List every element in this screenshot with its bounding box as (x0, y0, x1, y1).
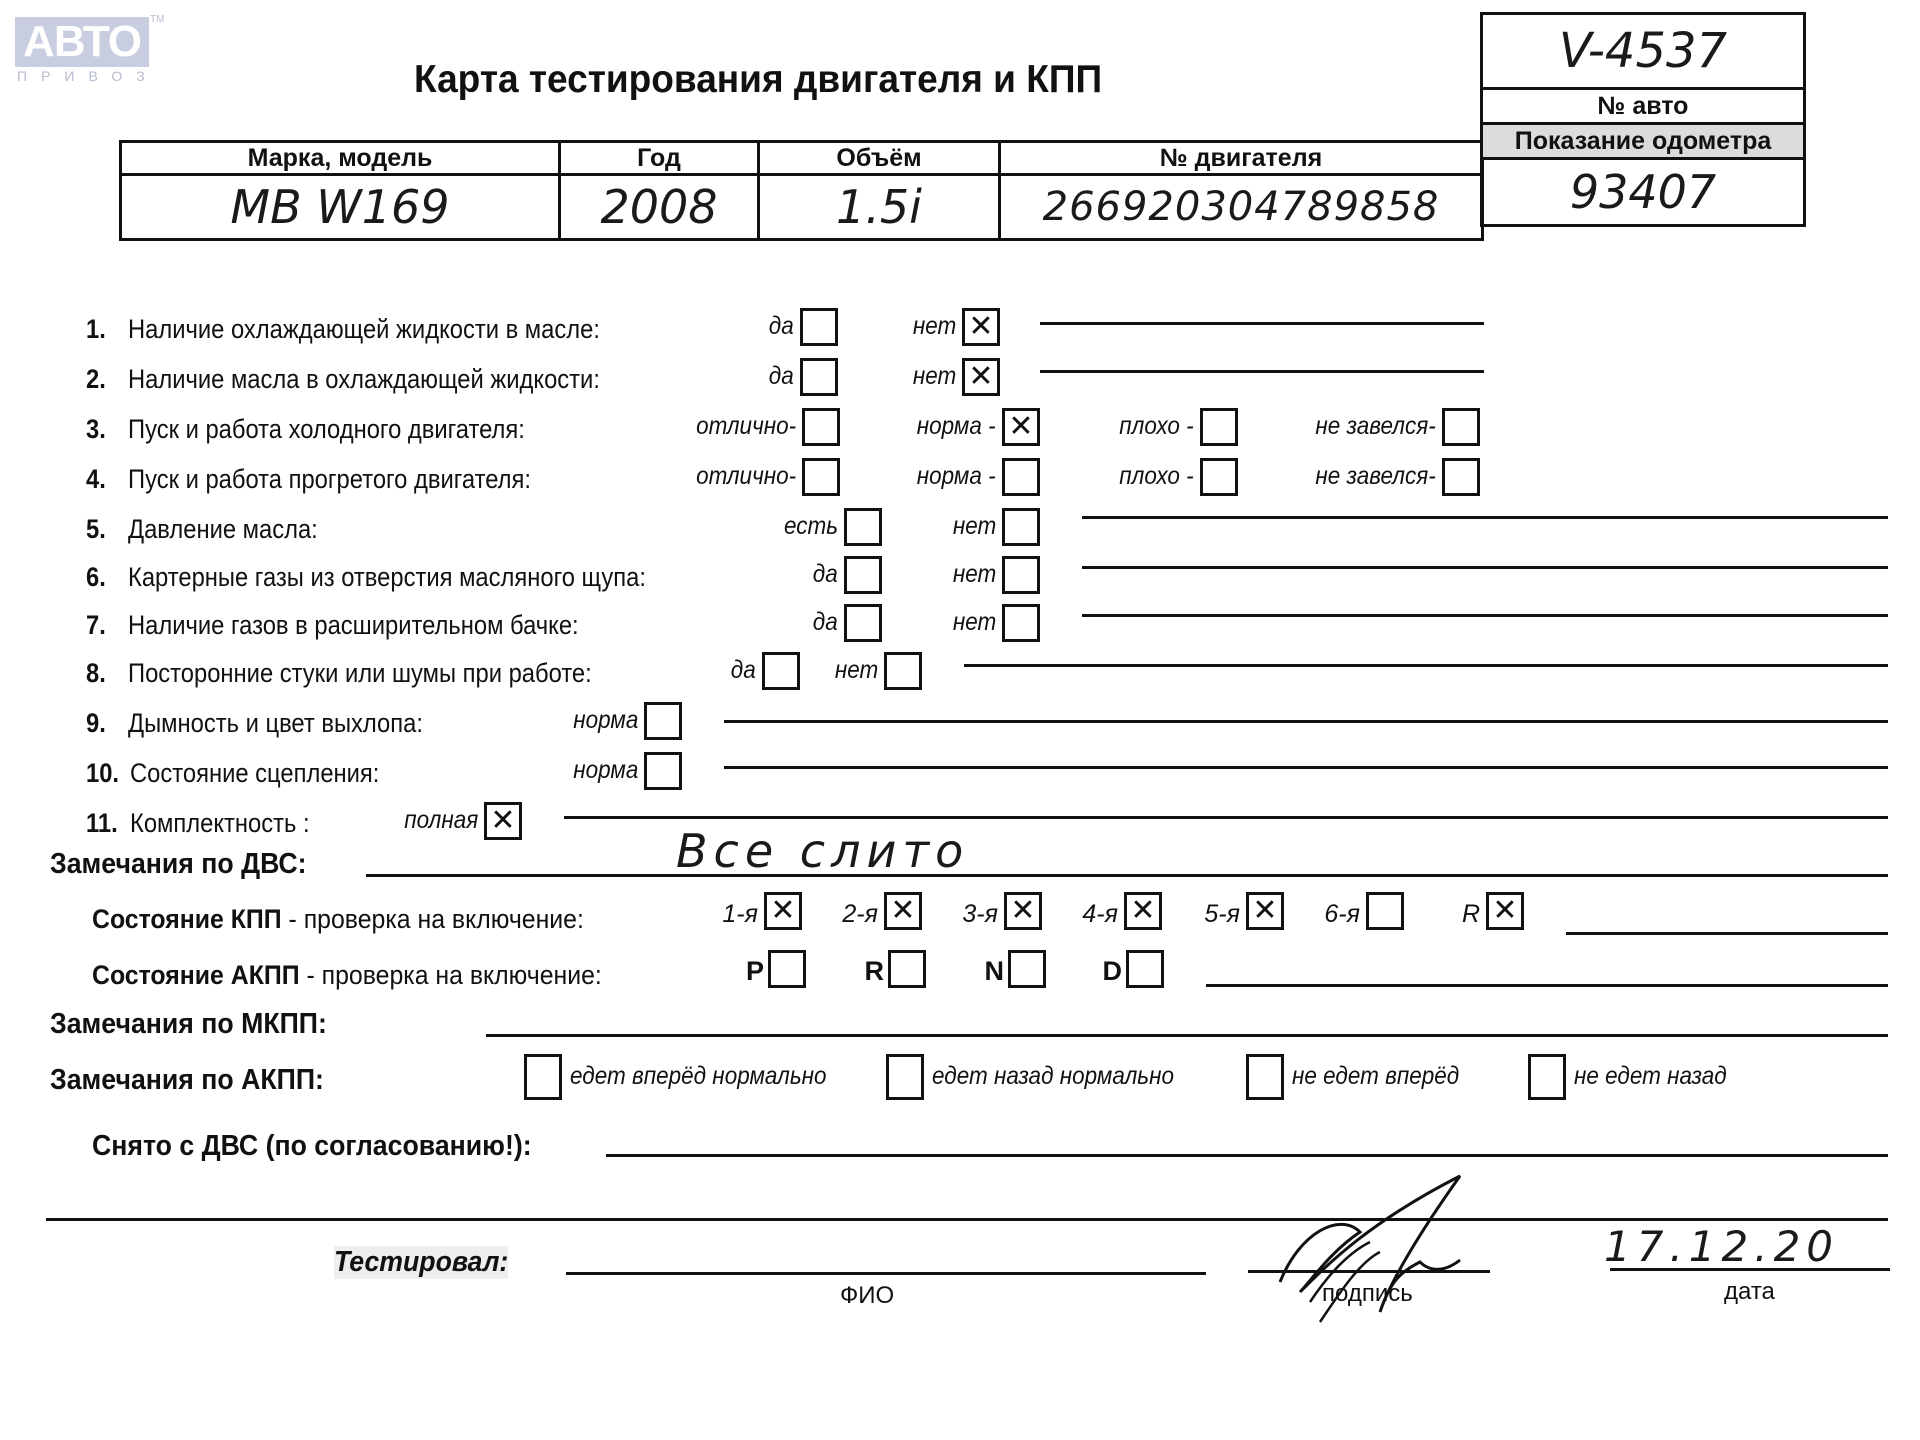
checklist-option-checkbox[interactable] (1200, 408, 1238, 446)
gear-checkbox[interactable]: ✕ (1124, 892, 1162, 930)
checklist-item-label: Наличие масла в охлаждающей жидкости: (128, 364, 600, 395)
checklist-option-checkbox[interactable] (800, 308, 838, 346)
engine-remarks-line (366, 874, 1888, 877)
checklist-option-checkbox[interactable] (1002, 508, 1040, 546)
checklist-option-checkbox[interactable] (1442, 408, 1480, 446)
checklist-item-label: Комплектность : (130, 808, 310, 839)
gear-label: 5-я (1204, 900, 1240, 929)
position-checkbox[interactable] (1008, 950, 1046, 988)
checklist-item-number: 10. (86, 758, 119, 789)
checklist-option-label: нет (913, 362, 956, 391)
checklist-note-line[interactable] (1082, 516, 1888, 519)
name-caption: ФИО (840, 1282, 894, 1310)
checklist-option-checkbox[interactable]: ✕ (1002, 408, 1040, 446)
tested-by-label: Тестировал: (334, 1246, 508, 1279)
checklist-option-checkbox[interactable] (884, 652, 922, 690)
footer-divider (46, 1218, 1888, 1221)
checklist-option-label: норма - (917, 462, 996, 491)
auto-remark-label: едет назад нормально (932, 1062, 1174, 1091)
gear-checkbox[interactable]: ✕ (1246, 892, 1284, 930)
gear-label: 1-я (722, 900, 758, 929)
position-label: N (985, 956, 1005, 987)
car-info-box: V-4537 № авто Показание одометра 93407 (1480, 12, 1806, 227)
checklist-option-checkbox[interactable] (1002, 556, 1040, 594)
checklist-item-label: Пуск и работа прогретого двигателя: (128, 464, 531, 495)
checklist-item-label: Пуск и работа холодного двигателя: (128, 414, 525, 445)
checklist-item-number: 2. (86, 364, 106, 395)
checklist-item-label: Картерные газы из отверстия масляного щу… (128, 562, 646, 593)
removed-line[interactable] (606, 1154, 1888, 1157)
checklist-item-number: 1. (86, 314, 106, 345)
manual-gearbox-label-bold: Состояние КПП (92, 904, 282, 934)
gear-label: 3-я (962, 900, 998, 929)
checklist-option-checkbox[interactable]: ✕ (962, 358, 1000, 396)
position-checkbox[interactable] (888, 950, 926, 988)
signature-icon (1270, 1172, 1490, 1332)
name-line[interactable] (566, 1272, 1206, 1275)
checklist-item-number: 8. (86, 658, 106, 689)
auto-gearbox-label-bold: Состояние АКПП (92, 960, 300, 990)
auto-remark-checkbox[interactable] (524, 1054, 562, 1100)
checklist-option-checkbox[interactable] (1002, 604, 1040, 642)
engine-number-header: № двигателя (1000, 142, 1483, 175)
checklist-option-checkbox[interactable] (762, 652, 800, 690)
gear-checkbox[interactable]: ✕ (764, 892, 802, 930)
checklist-item-label: Наличие газов в расширительном бачке: (128, 610, 579, 641)
checklist-note-line[interactable] (1082, 566, 1888, 569)
checklist-option-label: да (813, 608, 838, 637)
auto-gearbox-label: Состояние АКПП - проверка на включение: (92, 960, 602, 991)
checklist-item-label: Дымность и цвет выхлопа: (128, 708, 423, 739)
odometer-field[interactable]: 93407 (1483, 160, 1803, 224)
checklist-option-checkbox[interactable] (802, 408, 840, 446)
gear-label: 4-я (1082, 900, 1118, 929)
checklist-option-label: плохо - (1120, 462, 1194, 491)
checklist-item-number: 11. (86, 808, 118, 839)
checklist-item-number: 9. (86, 708, 106, 739)
gear-checkbox[interactable]: ✕ (1004, 892, 1042, 930)
auto-remark-checkbox[interactable] (1528, 1054, 1566, 1100)
checklist-option-checkbox[interactable] (802, 458, 840, 496)
auto-remark-label: не едет назад (1574, 1062, 1727, 1091)
checklist-option-label: да (813, 560, 838, 589)
checklist-option-checkbox[interactable] (644, 702, 682, 740)
checklist-option-label: плохо - (1120, 412, 1194, 441)
auto-remark-label: не едет вперёд (1292, 1062, 1459, 1091)
volume-field[interactable]: 1.5i (759, 175, 1000, 240)
checklist-item-number: 6. (86, 562, 106, 593)
checklist-item-label: Наличие охлаждающей жидкости в масле: (128, 314, 600, 345)
gear-checkbox[interactable]: ✕ (1486, 892, 1524, 930)
checklist-option-checkbox[interactable] (1200, 458, 1238, 496)
position-checkbox[interactable] (768, 950, 806, 988)
checklist-option-label: отлично- (696, 412, 796, 441)
checklist-option-checkbox[interactable] (644, 752, 682, 790)
position-checkbox[interactable] (1126, 950, 1164, 988)
brand-subtitle: ПРИВОЗ (17, 68, 159, 84)
checklist-option-label: не завелся- (1316, 462, 1436, 491)
checklist-item-label: Состояние сцепления: (130, 758, 379, 789)
checklist-option-checkbox[interactable] (844, 508, 882, 546)
position-label: D (1103, 956, 1123, 987)
make-model-field[interactable]: MB W169 (121, 175, 560, 240)
gear-label: 6-я (1324, 900, 1360, 929)
checklist-option-label: нет (953, 608, 996, 637)
car-number-field[interactable]: V-4537 (1483, 15, 1803, 90)
auto-remarks-label: Замечания по АКПП: (50, 1064, 324, 1097)
make-model-header: Марка, модель (121, 142, 560, 175)
checklist-note-line[interactable] (1040, 370, 1484, 373)
checklist-note-line[interactable] (964, 664, 1888, 667)
position-label: R (865, 956, 885, 987)
auto-gearbox-label-rest: - проверка на включение: (300, 960, 602, 990)
manual-gearbox-label: Состояние КПП - проверка на включение: (92, 904, 584, 935)
signature-caption: подпись (1322, 1280, 1413, 1308)
checklist-option-label: нет (953, 560, 996, 589)
checklist-option-label: да (731, 656, 756, 685)
manual-gearbox-line (1566, 932, 1888, 935)
year-field[interactable]: 2008 (560, 175, 759, 240)
checklist-note-line[interactable] (1082, 614, 1888, 617)
volume-header: Объём (759, 142, 1000, 175)
checklist-option-label: норма (573, 706, 638, 735)
checklist-option-label: нет (835, 656, 878, 685)
auto-gearbox-line (1206, 984, 1888, 987)
checklist-option-label: норма - (917, 412, 996, 441)
checklist-option-label: полная (404, 806, 478, 835)
checklist-item-label: Посторонние стуки или шумы при работе: (128, 658, 592, 689)
odometer-label: Показание одометра (1483, 125, 1803, 160)
checklist-note-line[interactable] (724, 720, 1888, 723)
checklist-option-checkbox[interactable] (800, 358, 838, 396)
year-header: Год (560, 142, 759, 175)
gear-checkbox[interactable]: ✕ (884, 892, 922, 930)
gear-label: R (1462, 900, 1480, 929)
checklist-option-label: есть (784, 512, 838, 541)
checklist-note-line[interactable] (724, 766, 1888, 769)
document-title: Карта тестирования двигателя и КПП (414, 58, 1102, 102)
checklist-option-label: нет (913, 312, 956, 341)
checklist-option-checkbox[interactable] (844, 556, 882, 594)
checklist-option-label: да (769, 312, 794, 341)
trademark-mark: ТМ (150, 14, 164, 25)
engine-remarks-field[interactable]: Все слито (676, 824, 969, 878)
manual-remarks-label: Замечания по МКПП: (50, 1008, 327, 1041)
brand-logo: АВТО (15, 17, 149, 67)
checklist-note-line[interactable] (1040, 322, 1484, 325)
car-number-label: № авто (1483, 90, 1803, 125)
checklist-option-checkbox[interactable] (844, 604, 882, 642)
auto-remark-checkbox[interactable] (1246, 1054, 1284, 1100)
checklist-option-checkbox[interactable]: ✕ (962, 308, 1000, 346)
engine-number-field[interactable]: 266920304789858 (1000, 175, 1483, 240)
checklist-option-checkbox[interactable]: ✕ (484, 802, 522, 840)
engine-remarks-label: Замечания по ДВС: (50, 848, 307, 881)
checklist-item-number: 4. (86, 464, 106, 495)
checklist-item-number: 5. (86, 514, 106, 545)
auto-remark-label: едет вперёд нормально (570, 1062, 827, 1091)
checklist-note-line[interactable] (564, 816, 1888, 819)
auto-remark-checkbox[interactable] (886, 1054, 924, 1100)
vehicle-info-table: Марка, модель Год Объём № двигателя MB W… (119, 140, 1484, 241)
gear-label: 2-я (842, 900, 878, 929)
checklist-option-checkbox[interactable] (1442, 458, 1480, 496)
date-field[interactable]: 17.12.20 (1604, 1222, 1839, 1271)
checklist-option-checkbox[interactable] (1002, 458, 1040, 496)
checklist-item-number: 3. (86, 414, 106, 445)
checklist-item-label: Давление масла: (128, 514, 318, 545)
checklist-item-number: 7. (86, 610, 106, 641)
manual-gearbox-label-rest: - проверка на включение: (282, 904, 584, 934)
checklist-option-label: нет (953, 512, 996, 541)
removed-label: Снято с ДВС (по согласованию!): (92, 1130, 532, 1163)
gear-checkbox[interactable] (1366, 892, 1404, 930)
checklist-option-label: не завелся- (1316, 412, 1436, 441)
checklist-option-label: да (769, 362, 794, 391)
checklist-option-label: отлично- (696, 462, 796, 491)
position-label: P (746, 956, 764, 987)
date-caption: дата (1724, 1278, 1775, 1306)
checklist-option-label: норма (573, 756, 638, 785)
manual-remarks-line[interactable] (486, 1034, 1888, 1037)
